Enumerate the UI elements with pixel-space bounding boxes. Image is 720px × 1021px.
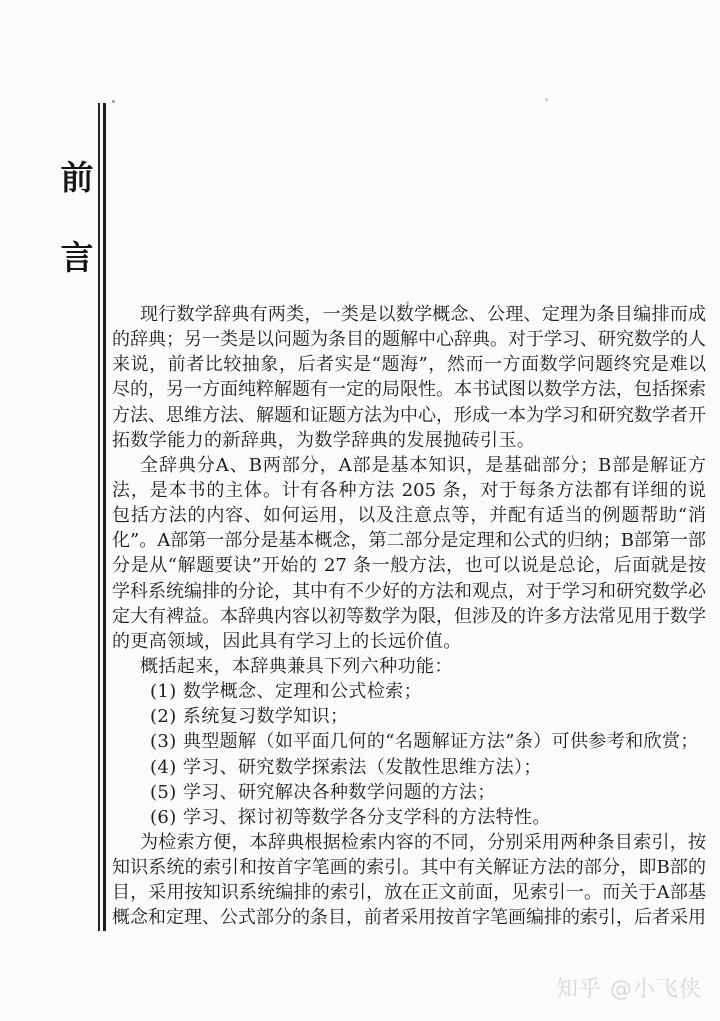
preface-title-char: 前	[58, 160, 96, 198]
text-line: 概括起来，本辞典兼具下列六种功能：	[112, 654, 706, 679]
list-item-line: (6) 学习、探讨初等数学各分支学科的方法特性。	[112, 805, 706, 830]
text-line: 包括方法的内容、如何运用，以及注意点等，并配有适当的例题帮助“消	[112, 503, 706, 528]
text-line: 分是从“解题要诀”开始的 27 条一般方法，也可以说是总论，后面就是按	[112, 553, 706, 578]
list-item-line: (4) 学习、研究数学探索法（发散性思维方法）；	[112, 755, 706, 780]
preface-body: 现行数学辞典有两类，一类是以数学概念、公理、定理为条目编排而成 的辞典；另一类是…	[112, 302, 706, 931]
text-line: 方法、思维方法、解题和证题方法为中心，形成一本为学习和研究数学者开	[112, 403, 706, 428]
text-line: 化”。A部第一部分是基本概念，第二部分是定理和公式的归纳；B部第一部	[112, 528, 706, 553]
scan-speck	[406, 301, 409, 304]
watermark: 知乎 @小飞侠	[556, 972, 702, 1003]
list-item-line: (1) 数学概念、定理和公式检索；	[112, 679, 706, 704]
preface-title-char: 言	[58, 240, 96, 278]
text-line: 法，是本书的主体。计有各种方法 205 条，对于每条方法都有详细的说明，	[112, 478, 706, 503]
scan-speck	[112, 100, 115, 103]
text-line: 学科系统编排的分论，其中有不少好的方法和观点，对于学习和研究数学必	[112, 579, 706, 604]
text-line: 的辞典；另一类是以问题为条目的题解中心辞典。对于学习、研究数学的人	[112, 327, 706, 352]
margin-double-rule	[98, 103, 106, 931]
text-line: 为检索方便，本辞典根据检索内容的不同，分别采用两种条目索引，按	[112, 830, 706, 855]
text-line: 的更高领域，因此具有学习上的长远价值。	[112, 629, 706, 654]
list-item-line: (3) 典型题解（如平面几何的“名题解证方法”条）可供参考和欣赏；	[112, 729, 706, 754]
text-line: 全辞典分A、B两部分，A部是基本知识，是基础部分；B部是解证方	[112, 453, 706, 478]
scan-speck	[545, 98, 548, 101]
text-line: 尽的，另一方面纯粹解题有一定的局限性。本书试图以数学方法，包括探索	[112, 377, 706, 402]
text-line: 定大有裨益。本辞典内容以初等数学为限，但涉及的许多方法常见用于数学	[112, 604, 706, 629]
text-line: 现行数学辞典有两类，一类是以数学概念、公理、定理为条目编排而成	[112, 302, 706, 327]
text-line: 拓数学能力的新辞典，为数学辞典的发展抛砖引玉。	[112, 428, 706, 453]
text-line: 概念和定理、公式部分的条目，前者采用按首字笔画编排的索引，后者采用	[112, 905, 706, 930]
list-item-line: (5) 学习、研究解决各种数学问题的方法；	[112, 780, 706, 805]
list-item-line: (2) 系统复习数学知识；	[112, 704, 706, 729]
text-line: 知识系统的索引和按首字笔画的索引。其中有关解证方法的部分，即B部的条	[112, 855, 706, 880]
text-line: 目，采用按知识系统编排的索引，放在正文前面，见索引一。而关于A部基本	[112, 880, 706, 905]
text-line: 来说，前者比较抽象，后者实是“题海”，然而一方面数学问题终究是难以穷	[112, 352, 706, 377]
scanned-page: 前 言 现行数学辞典有两类，一类是以数学概念、公理、定理为条目编排而成 的辞典；…	[0, 0, 720, 1021]
